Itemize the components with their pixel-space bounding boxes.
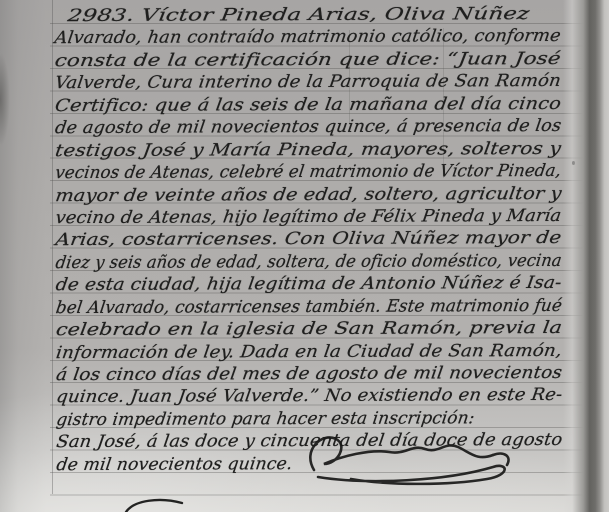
next-entry-partial-stroke bbox=[120, 497, 198, 512]
manuscript-line: bel Alvarado, costarricenses también. Es… bbox=[54, 295, 568, 320]
signature-text: rúbrica (firma ilegible) bbox=[0, 0, 1, 1]
ink-blot bbox=[586, 442, 601, 453]
ink-speck bbox=[572, 161, 575, 165]
manuscript-line: de mil novecientos quince. bbox=[55, 452, 569, 477]
manuscript-line: 2983. Víctor Pineda Arias, Oliva Núñez bbox=[53, 3, 567, 28]
manuscript-line: consta de la certificación que dice: “Ju… bbox=[53, 48, 567, 73]
binding-shadow bbox=[563, 0, 609, 512]
manuscript-line: Alvarado, han contraído matrimonio catól… bbox=[53, 25, 567, 50]
manuscript-line: gistro impedimento para hacer esta inscr… bbox=[55, 407, 569, 432]
manuscript-line: Valverde, Cura interino de la Parroquia … bbox=[53, 70, 567, 95]
manuscript-line: vecinos de Atenas, celebré el matrimonio… bbox=[54, 160, 568, 185]
manuscript-line: Certifico: que á las seis de la mañana d… bbox=[53, 93, 567, 118]
manuscript-line: San José, á las doce y cincuenta del día… bbox=[55, 429, 569, 454]
manuscript-line: á los cinco días del mes de agosto de mi… bbox=[55, 362, 569, 387]
manuscript-line: información de ley. Dada en la Ciudad de… bbox=[54, 339, 568, 364]
manuscript-line: celebrado en la iglesia de San Ramón, pr… bbox=[54, 317, 568, 342]
manuscript-line: vecino de Atenas, hijo legítimo de Félix… bbox=[54, 205, 568, 230]
manuscript-line: quince. Juan José Valverde.” No existien… bbox=[55, 384, 569, 409]
manuscript-line: de esta ciudad, hija legítima de Antonio… bbox=[54, 272, 568, 297]
manuscript-line: de agosto de mil novecientos quince, á p… bbox=[53, 115, 567, 140]
manuscript-line: testigos José y María Pineda, mayores, s… bbox=[54, 138, 568, 163]
manuscript-line: diez y seis años de edad, soltera, de of… bbox=[54, 250, 568, 275]
manuscript-line: Arias, costarricenses. Con Oliva Núñez m… bbox=[54, 227, 568, 252]
manuscript-text: 2983. Víctor Pineda Arias, Oliva Núñez A… bbox=[53, 3, 569, 476]
scanned-manuscript-page: 2983. Víctor Pineda Arias, Oliva Núñez A… bbox=[0, 0, 609, 512]
edge-smudge bbox=[0, 52, 10, 147]
manuscript-line: mayor de veinte años de edad, soltero, a… bbox=[54, 182, 568, 207]
